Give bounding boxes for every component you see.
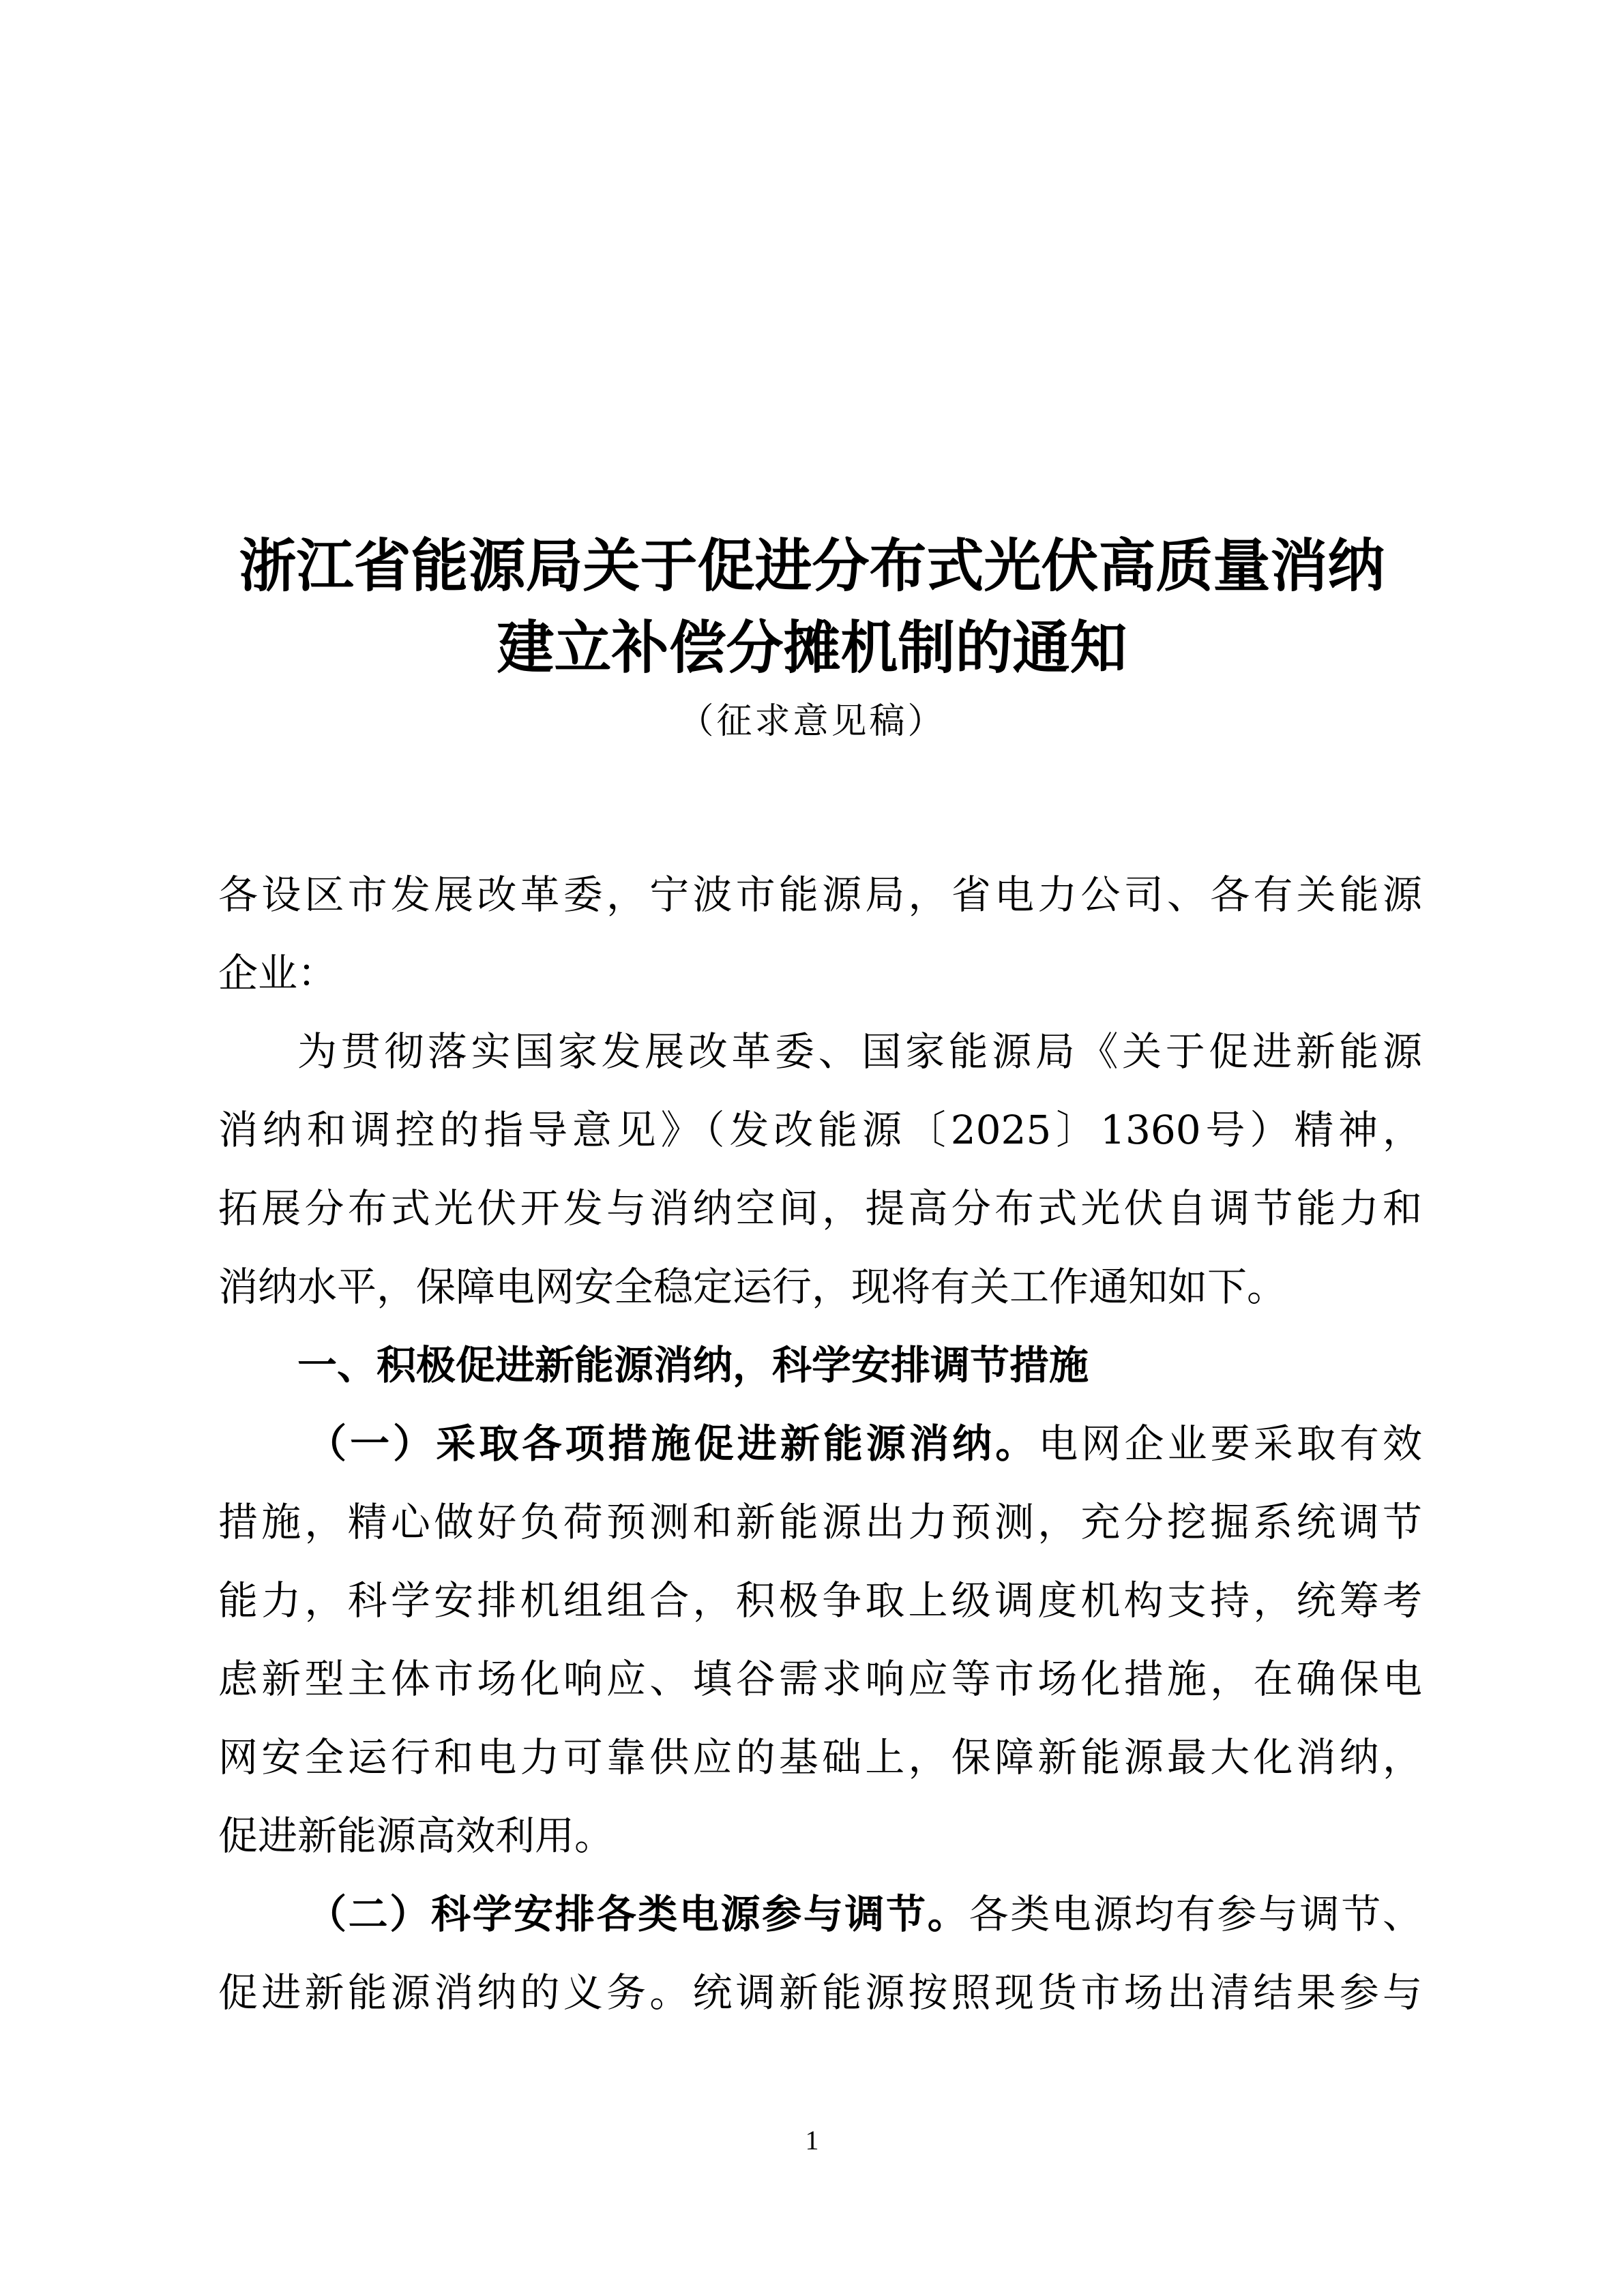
document-subtitle: （征求意见稿） [205,694,1419,749]
item-1-line: 网安全运行和电力可靠供应的基础上，保障新能源最大化消纳， [218,1718,1422,1797]
intro-line: 为贯彻落实国家发展改革委、国家能源局《关于促进新能源 [218,1013,1422,1091]
item-1-first-line: （一）采取各项措施促进新能源消纳。电网企业要采取有效 [218,1405,1422,1483]
addressee-line: 各设区市发展改革委，宁波市能源局，省电力公司、各有关能源 [218,856,1422,934]
item-2-first-line: （二）科学安排各类电源参与调节。各类电源均有参与调节、 [218,1875,1422,1954]
intro-line: 消纳和调控的指导意见》（发改能源〔2025〕1360号）精神， [218,1091,1422,1169]
intro-line: 消纳水平，保障电网安全稳定运行，现将有关工作通知如下。 [218,1248,1422,1326]
document-body: 各设区市发展改革委，宁波市能源局，省电力公司、各有关能源 企业： 为贯彻落实国家… [218,856,1422,2032]
addressee-line: 企业： [218,934,1422,1013]
document-title-line-2: 建立补偿分摊机制的通知 [205,607,1419,689]
document-page: 浙江省能源局关于促进分布式光伏高质量消纳 建立补偿分摊机制的通知 （征求意见稿）… [0,0,1624,2296]
item-1-line: 促进新能源高效利用。 [218,1797,1422,1875]
item-1-line: 能力，科学安排机组组合，积极争取上级调度机构支持，统筹考 [218,1562,1422,1640]
item-2-text: 各类电源均有参与调节、 [969,1891,1422,1937]
section-heading: 一、积极促进新能源消纳，科学安排调节措施 [218,1326,1422,1405]
title-block: 浙江省能源局关于促进分布式光伏高质量消纳 建立补偿分摊机制的通知 （征求意见稿） [205,525,1419,749]
item-1-text: 电网企业要采取有效 [1038,1420,1422,1467]
item-1-heading: （一）采取各项措施促进新能源消纳。 [307,1420,1038,1467]
item-2-heading: （二）科学安排各类电源参与调节。 [307,1891,969,1937]
intro-line: 拓展分布式光伏开发与消纳空间，提高分布式光伏自调节能力和 [218,1169,1422,1248]
document-title-line-1: 浙江省能源局关于促进分布式光伏高质量消纳 [205,525,1419,607]
item-2-line: 促进新能源消纳的义务。统调新能源按照现货市场出清结果参与 [218,1954,1422,2032]
item-1-line: 措施，精心做好负荷预测和新能源出力预测，充分挖掘系统调节 [218,1483,1422,1562]
page-number: 1 [0,2124,1624,2156]
item-1-line: 虑新型主体市场化响应、填谷需求响应等市场化措施，在确保电 [218,1640,1422,1718]
